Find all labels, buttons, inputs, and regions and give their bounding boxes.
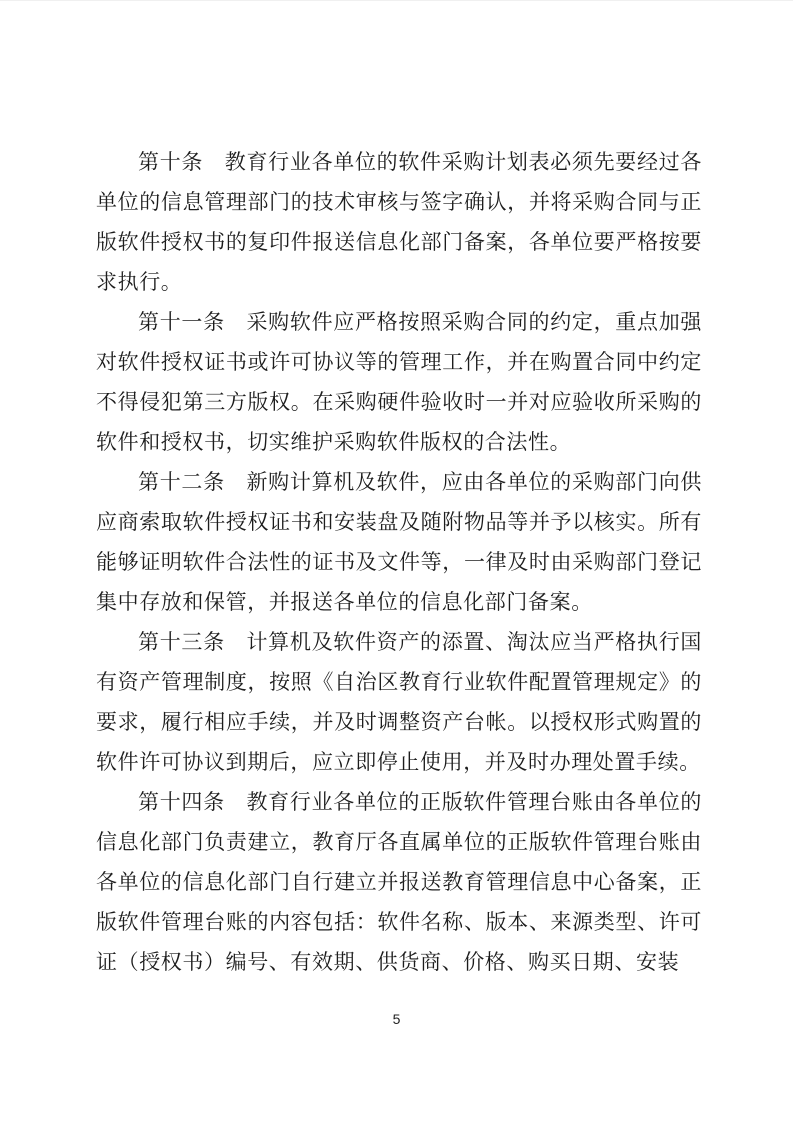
paragraph-article-13: 第十三条 计算机及软件资产的添置、淘汰应当严格执行国有资产管理制度，按照《自治区… (96, 622, 702, 782)
paragraph-article-11: 第十一条 采购软件应严格按照采购合同的约定，重点加强对软件授权证书或许可协议等的… (96, 302, 702, 462)
document-body: 第十条 教育行业各单位的软件采购计划表必须先要经过各单位的信息管理部门的技术审核… (96, 142, 702, 982)
paragraph-article-12: 第十二条 新购计算机及软件，应由各单位的采购部门向供应商索取软件授权证书和安装盘… (96, 462, 702, 622)
paragraph-article-14: 第十四条 教育行业各单位的正版软件管理台账由各单位的信息化部门负责建立，教育厅各… (96, 782, 702, 982)
paragraph-article-10: 第十条 教育行业各单位的软件采购计划表必须先要经过各单位的信息管理部门的技术审核… (96, 142, 702, 302)
page-number: 5 (0, 1011, 793, 1027)
document-page: 第十条 教育行业各单位的软件采购计划表必须先要经过各单位的信息管理部门的技术审核… (0, 0, 793, 1122)
